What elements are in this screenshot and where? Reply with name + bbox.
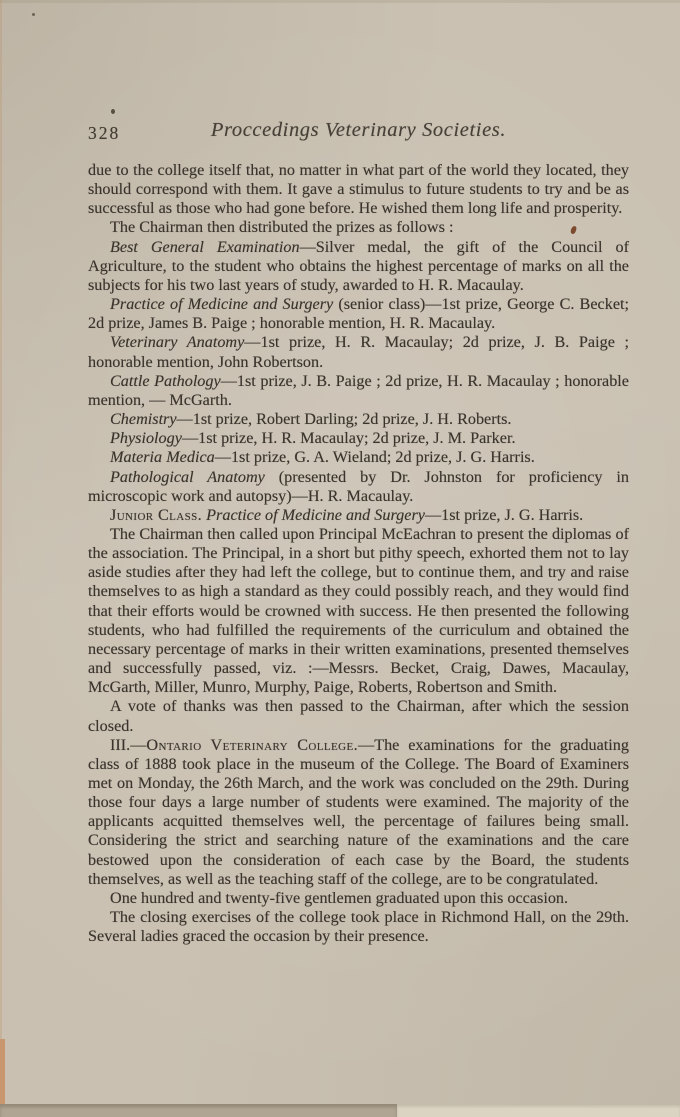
page-left-edge-line (0, 0, 2, 1117)
paragraph-6: Cattle Pathology—1st prize, J. B. Paige … (88, 372, 629, 410)
text-run-italic: Physiology (110, 429, 182, 447)
paragraph-14: III.—Ontario Veterinary College.—The exa… (88, 736, 629, 889)
running-head: 328 Proccedings Veterinary Societies. (88, 119, 629, 149)
paragraph-7: Chemistry—1st prize, Robert Darling; 2d … (88, 410, 629, 429)
paper-speck (575, 875, 578, 878)
paper-speck (111, 109, 115, 114)
text-run-normal: —1st prize, J. G. Harris. (425, 506, 583, 524)
text-run-normal: —1st prize, H. R. Macaulay; 2d prize, J.… (182, 429, 516, 447)
text-run-normal: The Chairman then distributed the prizes… (110, 218, 453, 236)
paragraph-4: Practice of Medicine and Surgery (senior… (88, 295, 629, 333)
paragraph-10: Pathological Anatomy (presented by Dr. J… (88, 468, 629, 506)
paragraph-8: Physiology—1st prize, H. R. Macaulay; 2d… (88, 429, 629, 448)
paragraph-9: Materia Medica—1st prize, G. A. Wieland;… (88, 448, 629, 467)
text-run-normal: The closing exercises of the college too… (88, 908, 629, 945)
text-run-italic: Chemistry (110, 410, 177, 428)
paragraph-5: Veterinary Anatomy—1st prize, H. R. Maca… (88, 333, 629, 371)
page-number: 328 (88, 123, 120, 144)
text-run-normal: —1st prize, G. A. Wieland; 2d prize, J. … (215, 448, 535, 466)
running-title: Proccedings Veterinary Societies. (211, 119, 506, 142)
text-run-smallcaps: Ontario Veterinary College. (146, 736, 358, 754)
text-run-italic: Cattle Pathology (110, 372, 221, 390)
text-run-italic: Best General Examination (110, 238, 300, 256)
paper-speck (32, 13, 35, 16)
paragraph-16: The closing exercises of the college too… (88, 908, 629, 946)
text-run-italic: Materia Medica (110, 448, 215, 466)
text-run-normal: due to the college itself that, no matte… (88, 161, 629, 217)
text-run-normal: The Chairman then called upon Principal … (88, 525, 629, 696)
paragraph-1: due to the college itself that, no matte… (88, 161, 629, 218)
text-run-italic: Practice of Medicine and Surgery (110, 295, 333, 313)
paragraph-13: A vote of thanks was then passed to the … (88, 697, 629, 735)
text-run-normal: III.— (110, 736, 146, 754)
bottom-edge-light-segment (397, 1105, 680, 1117)
text-run-normal: —The examinations for the graduating cla… (88, 736, 629, 888)
paragraph-12: The Chairman then called upon Principal … (88, 525, 629, 697)
page-top-edge (0, 0, 680, 3)
page-bottom-edge (0, 1103, 680, 1117)
paragraph-15: One hundred and twenty-five gentlemen gr… (88, 889, 629, 908)
paragraph-3: Best General Examination—Silver medal, t… (88, 238, 629, 295)
page-body: due to the college itself that, no matte… (88, 161, 629, 946)
text-run-italic: Veterinary Anatomy (110, 333, 244, 351)
scanned-book-page: 328 Proccedings Veterinary Societies. du… (0, 0, 680, 1117)
paragraph-2: The Chairman then distributed the prizes… (88, 218, 629, 237)
text-run-italic: Pathological Anatomy (110, 468, 265, 486)
text-run-normal: —1st prize, Robert Darling; 2d prize, J.… (177, 410, 512, 428)
text-run-italic: Practice of Medicine and Surgery (206, 506, 425, 524)
paragraph-11: Junior Class. Practice of Medicine and S… (88, 506, 629, 525)
text-run-normal: One hundred and twenty-five gentlemen gr… (110, 889, 568, 907)
text-run-smallcaps: Junior Class. (110, 506, 202, 524)
text-run-normal: A vote of thanks was then passed to the … (88, 697, 629, 734)
bottom-edge-dark-segment (0, 1104, 397, 1117)
